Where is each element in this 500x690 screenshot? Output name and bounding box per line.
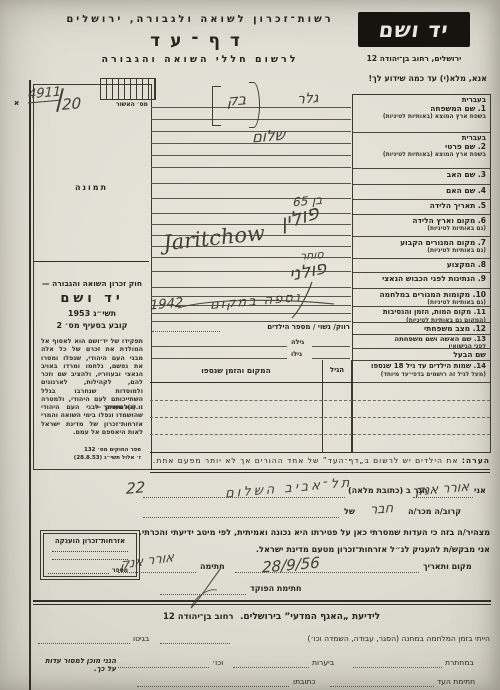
testify-label: הנני מוכן למסור עדות על כך. bbox=[34, 657, 116, 673]
citizenship-descender-stroke bbox=[288, 280, 318, 320]
field-6-label: 6. מקום וארץ הלידה (גם באותיות לטיניות) bbox=[353, 215, 490, 237]
table-header-rule bbox=[150, 382, 352, 383]
law-name: יד ושם bbox=[36, 291, 148, 306]
first-name-handwriting: שלום bbox=[252, 126, 285, 147]
writing-line bbox=[151, 131, 351, 132]
field-11-label: 11. מקום המות, הזמן והנסיבות (המקום גם ב… bbox=[353, 307, 490, 323]
law-footnote-1: ספר החוקים מס׳ 132 bbox=[41, 447, 141, 453]
etc-label: וכו׳ bbox=[212, 658, 223, 667]
declarant-i-label: אני bbox=[474, 486, 486, 495]
section-divider-bottom bbox=[33, 604, 491, 605]
of-label: של bbox=[344, 507, 355, 516]
writing-line bbox=[151, 167, 351, 168]
birth-place-handwriting: פולין bbox=[279, 199, 321, 235]
law-year: תשי״ג 1953 bbox=[36, 309, 148, 318]
logo-text: יד ושם bbox=[378, 18, 451, 42]
left-margin-rule bbox=[29, 80, 31, 690]
bracket-right-stroke bbox=[249, 82, 260, 128]
bracket-annotation: בק bbox=[210, 82, 262, 128]
note-underline-2 bbox=[150, 472, 490, 473]
witness-address-line bbox=[137, 686, 289, 687]
form-title: דף־עד bbox=[55, 31, 345, 51]
law-footnote-2: ז׳ אלול תשי״ג (28.8.53) bbox=[41, 455, 141, 461]
memorial-citizenship-box: אזרחות־זכרון הוענקה מספר bbox=[40, 530, 140, 580]
writing-line bbox=[151, 183, 351, 184]
field-12-label: 12. מצב משפחתי bbox=[353, 323, 490, 335]
camp-line bbox=[160, 643, 230, 644]
etc-line bbox=[118, 667, 209, 668]
husband-age-label: גילו bbox=[291, 350, 302, 358]
forests-line bbox=[233, 667, 309, 668]
table-bottom-rule bbox=[150, 452, 352, 453]
field-7-label: 7. מקום המגורים הקבוע (גם באותיות לטיניו… bbox=[353, 237, 490, 259]
wife-age-line bbox=[312, 346, 350, 347]
field-10-label: 10. מקומות המגורים במלחמה (גם באותיות לט… bbox=[353, 289, 490, 307]
witness-address-label: כתובתו bbox=[293, 677, 316, 686]
citizenship-request: אני מבקש/ת להעניק לנ״ל אזרחות־זכרון מטעם… bbox=[210, 544, 490, 554]
field-5-label: 5. תאריך הלידה bbox=[353, 200, 490, 215]
relation-label: קרוב/ה מכר/ה bbox=[408, 507, 461, 516]
section-divider-top bbox=[33, 600, 491, 602]
memorial-citizenship-box-inner: אזרחות־זכרון הוענקה מספר bbox=[43, 533, 137, 577]
grant-box-title: אזרחות־זכרון הוענקה bbox=[44, 537, 136, 545]
photo-placeholder-label: תמונה bbox=[34, 183, 149, 192]
clerk-signature-label: חתימת הפוקד bbox=[250, 584, 301, 593]
relation-of-line bbox=[143, 517, 339, 518]
science-branch-address: רחוב בן־יהודה 12 bbox=[163, 612, 234, 622]
children-name-row bbox=[353, 435, 490, 452]
ghetto-label: בגיטו bbox=[133, 634, 149, 643]
wife-age-label: גילה bbox=[291, 338, 304, 346]
bracket-note-handwriting: בק bbox=[227, 90, 247, 110]
photo-divider bbox=[34, 261, 149, 262]
children-table-row-line bbox=[150, 417, 352, 418]
fill-in-instruction: אנא, מלא(י) עד כמה שידוע לך! bbox=[317, 74, 487, 83]
resides-label: הגר ב (כתובת מלאה) bbox=[348, 486, 427, 495]
writing-line bbox=[151, 213, 351, 214]
marital-options-line bbox=[152, 331, 220, 332]
children-name-row bbox=[353, 401, 490, 418]
age-column-header: הגיל bbox=[322, 366, 352, 374]
camp-label: הייתי בזמן המלחמה במחנה (הסגר, עבודה, הש… bbox=[233, 634, 490, 643]
form-subtitle: לרשום חללי השואה והגבורה bbox=[55, 54, 345, 65]
field-8-label: 8. המקצוע bbox=[353, 259, 490, 273]
place-column-header: המקום והזמן שנספו bbox=[150, 366, 322, 375]
field-2-label: בעברית 2. שם פרטי בשפת ארץ המוצא (באותיו… bbox=[353, 133, 490, 169]
approval-number-handwriting-2: 20 bbox=[62, 94, 81, 114]
field-4-label: 4. שם האם bbox=[353, 185, 490, 200]
field-1-label: בעברית 1. שם המשפחה בשפת ארץ המוצא (באות… bbox=[353, 95, 490, 133]
logo-address: ירושלים, רחוב בן־יהודה 12 bbox=[352, 54, 476, 63]
declaration-statement: מצהיר/ה בזה כי העדות שמסרתי כאן על פטירת… bbox=[128, 527, 490, 537]
residence-handwriting: Jaritchow bbox=[162, 221, 266, 256]
children-name-row bbox=[353, 383, 490, 401]
children-name-row bbox=[353, 418, 490, 435]
law-title: חוק זכרון השואה והגבורה — bbox=[36, 279, 148, 288]
forests-label: ביערות bbox=[312, 658, 334, 667]
approval-number-label: מס׳ האשור bbox=[116, 101, 148, 108]
children-table-row-line bbox=[150, 400, 352, 401]
note-label: הערה: bbox=[462, 456, 490, 465]
field-labels-column: בעברית 1. שם המשפחה בשפת ארץ המוצא (באות… bbox=[352, 94, 491, 453]
approval-number-cells bbox=[100, 78, 156, 100]
date-handwriting: 28/9/56 bbox=[262, 553, 320, 576]
place-date-label: מקום ותאריך bbox=[423, 562, 472, 571]
children-table-row-line bbox=[150, 434, 352, 435]
law-clause: קובע בסעיף מס׳ 2 bbox=[36, 321, 148, 330]
husband-name-label: שם הבעל bbox=[353, 349, 490, 361]
mission-paragraph: תפקידו של יד־ושם הוא לאסוף אל המולדת את … bbox=[41, 337, 143, 412]
yad-vashem-logo: יד ושם bbox=[358, 12, 470, 47]
grant-number-label: מספר bbox=[112, 567, 128, 574]
witness-signature-line bbox=[330, 686, 434, 687]
ghetto-line bbox=[38, 643, 130, 644]
field-3-label: 3. שם האב bbox=[353, 169, 490, 185]
sidebar-box: תמונה חוק זכרון השואה והגבורה — יד ושם ת… bbox=[33, 84, 152, 470]
grant-box-line bbox=[52, 559, 128, 560]
marital-options-label: רווק/ נשוי / מספר הילדים bbox=[225, 323, 350, 331]
note-text: את הילדים יש לרשום ב„דף־העד” של אחד ההור… bbox=[153, 456, 459, 465]
approval-number-handwriting: 4911 bbox=[28, 85, 61, 104]
note-underline-1 bbox=[150, 469, 490, 470]
grant-number-line bbox=[48, 566, 109, 574]
wife-name-line bbox=[152, 346, 287, 347]
relation-handwriting: חבר bbox=[370, 501, 394, 518]
witness-signature-label: חתימת העד bbox=[437, 677, 475, 686]
writing-line bbox=[151, 321, 351, 322]
field-13-label: 13. שם האשה ושם משפחתה לפני הנישואין bbox=[353, 335, 490, 349]
family-name-handwriting: גלר bbox=[297, 90, 319, 108]
underground-line bbox=[353, 667, 442, 668]
field-14-label: 14. שמות הילדים עד גיל 18 שנספו (מעל לגי… bbox=[353, 361, 490, 383]
mission-paragraph-2: ...(ו)להעניק לבני העם היהודי שהושמדו ונפ… bbox=[41, 403, 143, 436]
house-number-handwriting: 22 bbox=[126, 478, 145, 498]
science-branch-heading: לידיעת „האגף המדעי” בירושלים. bbox=[240, 612, 380, 622]
writing-line bbox=[151, 313, 351, 314]
series-letter: א bbox=[14, 99, 19, 107]
husband-name-line bbox=[152, 358, 287, 359]
husband-age-line bbox=[312, 358, 350, 359]
authority-name: רשות־זכרון לשואה ולגבורה, ירושלים bbox=[55, 14, 345, 25]
bracket-left-stroke bbox=[212, 86, 221, 126]
field-9-label: 9. הנתינות לפני הכבוש הנאצי bbox=[353, 273, 490, 289]
children-note: הערה: את הילדים יש לרשום ב„דף־העד” של אח… bbox=[150, 456, 490, 465]
writing-line bbox=[151, 287, 351, 288]
testimony-form-scan: רשות־זכרון לשואה ולגבורה, ירושלים דף־עד … bbox=[0, 0, 500, 690]
underground-label: במחתרת bbox=[445, 658, 474, 667]
grant-box-line bbox=[52, 551, 128, 552]
writing-line bbox=[151, 155, 351, 156]
